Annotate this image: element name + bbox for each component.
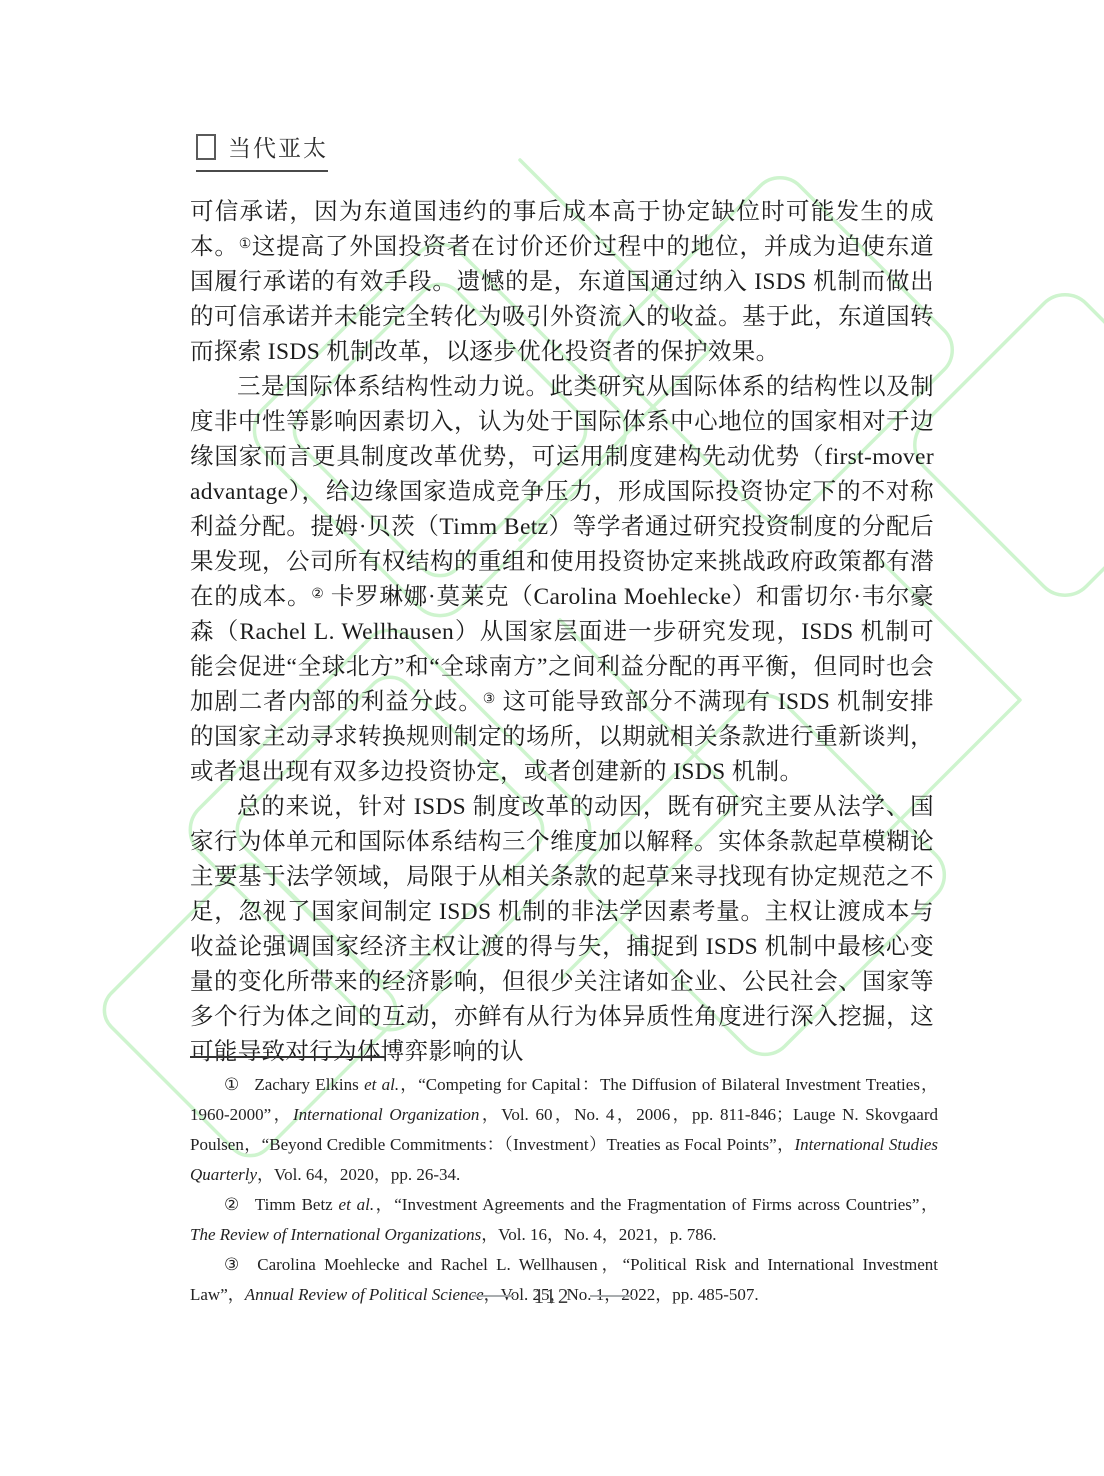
page-number: 112 xyxy=(534,1284,571,1308)
footnote-marker: ① xyxy=(224,1075,240,1094)
journal-header: 当代亚太 xyxy=(196,130,328,172)
footnote-ref-marker: ③ xyxy=(483,692,496,707)
footnote-ref-marker: ① xyxy=(239,237,252,252)
journal-name: 当代亚太 xyxy=(228,130,328,163)
text-run: The Review of International Organization… xyxy=(190,1225,481,1244)
text-run: ，“Investment Agreements and the Fragment… xyxy=(374,1195,938,1214)
text-run: Timm Betz xyxy=(255,1195,339,1214)
text-run: et al. xyxy=(339,1195,375,1214)
text-run: International Organization xyxy=(293,1105,479,1124)
text-run: ，Vol. 16，No. 4，2021，p. 786. xyxy=(481,1225,716,1244)
footnote-marker: ③ xyxy=(224,1255,243,1274)
text-run: ，Vol. 64，2020，pp. 26-34. xyxy=(257,1165,460,1184)
footnote-item: ①Zachary Elkins et al.，“Competing for Ca… xyxy=(190,1070,938,1190)
footer-right-dash xyxy=(590,1295,632,1297)
body-paragraph: 可信承诺，因为东道国违约的事后成本高于协定缺位时可能发生的成本。①这提高了外国投… xyxy=(190,195,934,370)
box-icon xyxy=(196,134,216,160)
footnote-item: ②Timm Betz et al.，“Investment Agreements… xyxy=(190,1190,938,1250)
body-paragraph: 三是国际体系结构性动力说。此类研究从国际体系的结构性以及制度非中性等影响因素切入… xyxy=(190,370,934,790)
text-run: Zachary Elkins xyxy=(254,1075,364,1094)
document-page: 当代亚太 可信承诺，因为东道国违约的事后成本高于协定缺位时可能发生的成本。①这提… xyxy=(0,0,1104,1476)
footnotes: ①Zachary Elkins et al.，“Competing for Ca… xyxy=(190,1070,938,1310)
page-footer: 112 xyxy=(0,1284,1104,1309)
footnote-ref-marker: ② xyxy=(311,587,324,602)
footnote-separator xyxy=(190,1056,386,1058)
footer-left-dash xyxy=(472,1295,514,1297)
text-run: 总的来说，针对 ISDS 制度改革的动因，既有研究主要从法学、国家行为体单元和国… xyxy=(190,794,934,1065)
text-run: et al. xyxy=(364,1075,399,1094)
text-run: 三是国际体系结构性动力说。此类研究从国际体系的结构性以及制度非中性等影响因素切入… xyxy=(190,374,934,610)
body-paragraph: 总的来说，针对 ISDS 制度改革的动因，既有研究主要从法学、国家行为体单元和国… xyxy=(190,790,934,1070)
article-body: 可信承诺，因为东道国违约的事后成本高于协定缺位时可能发生的成本。①这提高了外国投… xyxy=(190,195,934,1070)
text-run: 这提高了外国投资者在讨价还价过程中的地位，并成为迫使东道国履行承诺的有效手段。遗… xyxy=(190,234,934,365)
footnote-marker: ② xyxy=(224,1195,241,1214)
